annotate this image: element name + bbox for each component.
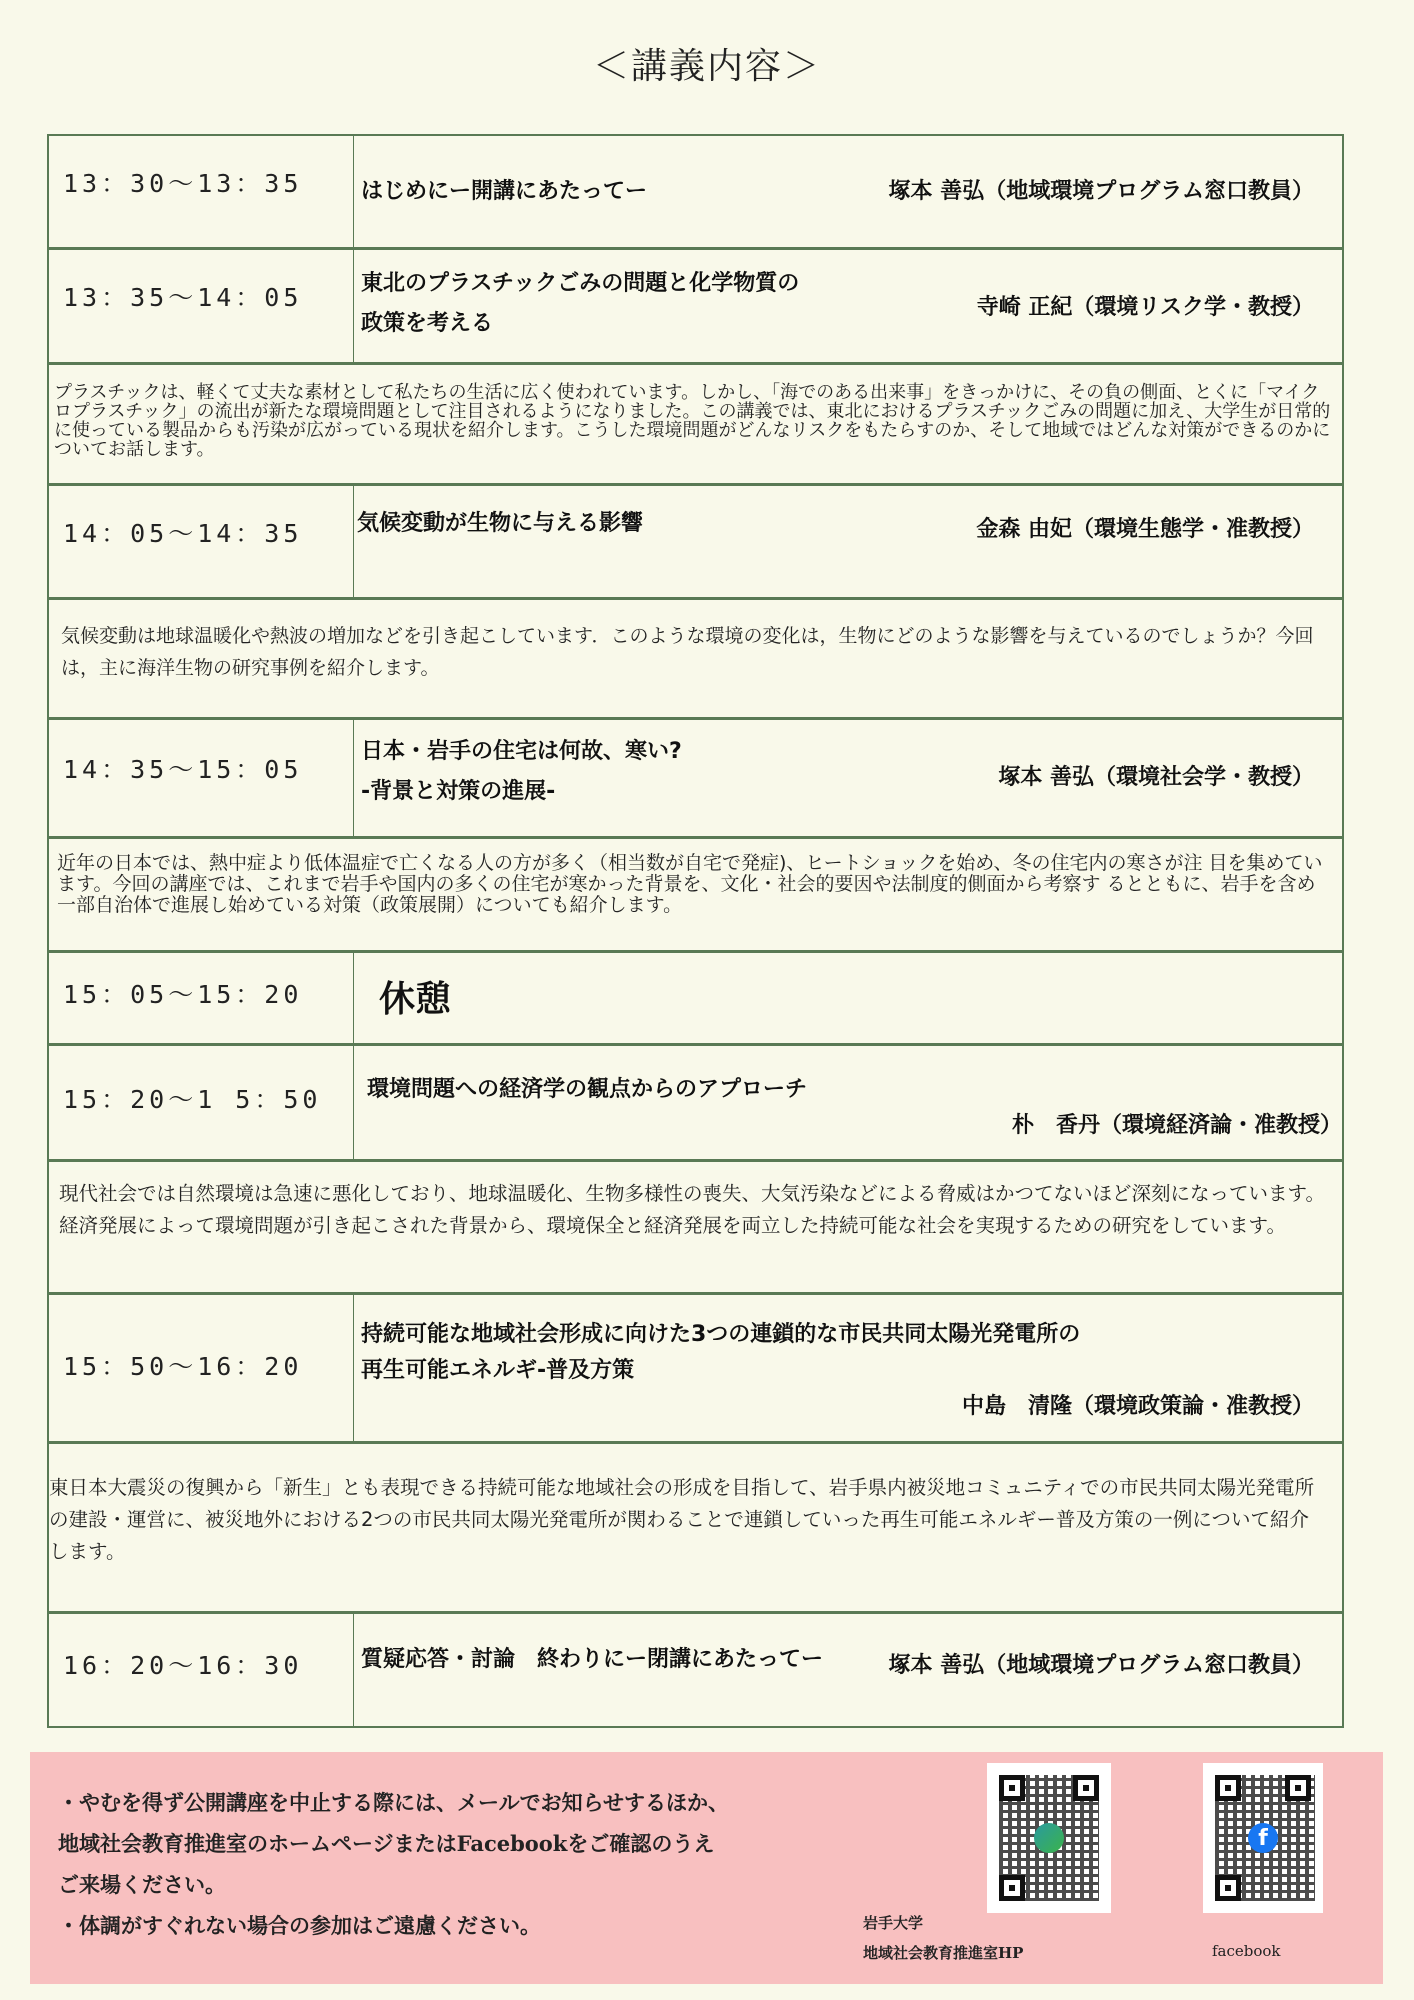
- qr-finder: [1215, 1875, 1241, 1901]
- session-row: 13：30～13：35 はじめにー開講にあたってー 塚本 善弘（地域環境プログラ…: [49, 136, 1342, 250]
- session-time: 15：50～16：20: [63, 1347, 302, 1383]
- notice-line: ご来場ください。: [58, 1864, 729, 1905]
- notice-line: ・やむを得ず公開講座を中止する際には、メールでお知らせするほか、: [58, 1782, 729, 1823]
- session-description-row: 東日本大震災の復興から「新生」とも表現できる持続可能な地域社会の形成を目指して、…: [49, 1444, 1342, 1614]
- session-speaker: 塚本 善弘（地域環境プログラム窓口教員）: [889, 174, 1314, 205]
- session-description-row: 気候変動は地球温暖化や熱波の増加などを引き起こしています．このような環境の変化は…: [49, 600, 1342, 720]
- qr-finder: [1215, 1775, 1241, 1801]
- session-row: 14：35～15：05 日本・岩手の住宅は何故、寒い? -背景と対策の進展- 塚…: [49, 720, 1342, 839]
- facebook-label: facebook: [1212, 1942, 1281, 1960]
- session-time: 14：35～15：05: [63, 750, 302, 786]
- session-row: 14：05～14：35 気候変動が生物に与える影響 金森 由妃（環境生態学・准教…: [49, 486, 1342, 600]
- session-time: 16：20～16：30: [63, 1646, 302, 1682]
- session-row: 15：20～1 5：50 環境問題への経済学の観点からのアプローチ 朴 香丹（環…: [49, 1046, 1342, 1162]
- session-time: 15：20～1 5：50: [63, 1080, 321, 1116]
- schedule-table: 13：30～13：35 はじめにー開講にあたってー 塚本 善弘（地域環境プログラ…: [47, 134, 1344, 1728]
- homepage-qr-code[interactable]: [987, 1763, 1111, 1913]
- session-time: 14：05～14：35: [63, 514, 302, 550]
- session-title-line2: -背景と対策の進展-: [361, 772, 555, 812]
- session-time: 15：05～15：20: [63, 975, 302, 1011]
- session-speaker: 塚本 善弘（環境社会学・教授）: [998, 760, 1314, 791]
- hp-label-university: 岩手大学: [863, 1912, 923, 1933]
- time-cell: 15：20～1 5：50: [49, 1046, 354, 1159]
- session-description: プラスチックは、軽くて丈夫な素材として私たちの生活に広く使われています。しかし、…: [54, 383, 1337, 459]
- session-row: 15：50～16：20 持続可能な地域社会形成に向けた3つの連鎖的な市民共同太陽…: [49, 1295, 1342, 1444]
- time-cell: 13：35～14：05: [49, 250, 354, 362]
- time-cell: 14：05～14：35: [49, 486, 354, 597]
- session-title-line2: 政策を考える: [361, 304, 493, 344]
- session-title: 気候変動が生物に与える影響: [357, 504, 643, 544]
- time-cell: 14：35～15：05: [49, 720, 354, 836]
- qr-finder: [1073, 1775, 1099, 1801]
- session-speaker: 寺崎 正紀（環境リスク学・教授）: [977, 290, 1314, 321]
- session-description: 東日本大震災の復興から「新生」とも表現できる持続可能な地域社会の形成を目指して、…: [49, 1472, 1328, 1568]
- time-cell: 13：30～13：35: [49, 136, 354, 247]
- break-row: 15：05～15：20 休憩: [49, 953, 1342, 1046]
- break-label: 休憩: [379, 971, 451, 1022]
- hp-label-office: 地域社会教育推進室HP: [863, 1942, 1023, 1963]
- session-speaker: 朴 香丹（環境経済論・准教授）: [1012, 1108, 1342, 1139]
- notice-text: ・やむを得ず公開講座を中止する際には、メールでお知らせするほか、 地域社会教育推…: [58, 1782, 729, 1946]
- session-title: 環境問題への経済学の観点からのアプローチ: [367, 1070, 807, 1110]
- session-row: 13：35～14：05 東北のプラスチックごみの問題と化学物質の 政策を考える …: [49, 250, 1342, 365]
- session-title-line2: 再生可能エネルギ-普及方策: [361, 1351, 634, 1391]
- session-description-row: 現代社会では自然環境は急速に悪化しており、地球温暖化、生物多様性の喪失、大気汚染…: [49, 1162, 1342, 1295]
- time-cell: 16：20～16：30: [49, 1614, 354, 1728]
- session-description: 気候変動は地球温暖化や熱波の増加などを引き起こしています．このような環境の変化は…: [61, 620, 1328, 684]
- session-time: 13：30～13：35: [63, 164, 302, 200]
- time-cell: 15：05～15：20: [49, 953, 354, 1043]
- notice-line: 地域社会教育推進室のホームページまたはFacebookをご確認のうえ: [58, 1823, 729, 1864]
- qr-finder: [999, 1775, 1025, 1801]
- facebook-icon: f: [1248, 1823, 1278, 1853]
- session-title-line1: 持続可能な地域社会形成に向けた3つの連鎖的な市民共同太陽光発電所の: [361, 1315, 1080, 1355]
- session-description-row: プラスチックは、軽くて丈夫な素材として私たちの生活に広く使われています。しかし、…: [49, 365, 1342, 486]
- session-title-line1: 東北のプラスチックごみの問題と化学物質の: [361, 264, 799, 304]
- session-title: 質疑応答・討論 終わりにー閉講にあたってー: [361, 1640, 823, 1680]
- session-time: 13：35～14：05: [63, 278, 302, 314]
- facebook-qr-code[interactable]: f: [1203, 1763, 1323, 1913]
- qr-finder: [1285, 1775, 1311, 1801]
- notice-panel: ・やむを得ず公開講座を中止する際には、メールでお知らせするほか、 地域社会教育推…: [30, 1752, 1383, 1984]
- session-description-row: 近年の日本では、熱中症より低体温症で亡くなる人の方が多く（相当数が自宅で発症)、…: [49, 839, 1342, 953]
- time-cell: 15：50～16：20: [49, 1295, 354, 1441]
- notice-line: ・体調がすぐれない場合の参加はご遠慮ください。: [58, 1905, 729, 1946]
- session-description: 近年の日本では、熱中症より低体温症で亡くなる人の方が多く（相当数が自宅で発症)、…: [57, 853, 1328, 916]
- session-speaker: 中島 清隆（環境政策論・准教授）: [962, 1389, 1314, 1420]
- qr-finder: [999, 1875, 1025, 1901]
- session-speaker: 金森 由妃（環境生態学・准教授）: [976, 512, 1314, 543]
- session-title: はじめにー開講にあたってー: [361, 172, 647, 212]
- session-speaker: 塚本 善弘（地域環境プログラム窓口教員）: [889, 1648, 1314, 1679]
- session-description: 現代社会では自然環境は急速に悪化しており、地球温暖化、生物多様性の喪失、大気汚染…: [59, 1178, 1328, 1242]
- page-title: ＜講義内容＞: [0, 38, 1414, 89]
- session-row: 16：20～16：30 質疑応答・討論 終わりにー閉講にあたってー 塚本 善弘（…: [49, 1614, 1342, 1728]
- leaf-logo-icon: [1034, 1823, 1064, 1853]
- session-title-line1: 日本・岩手の住宅は何故、寒い?: [361, 732, 682, 772]
